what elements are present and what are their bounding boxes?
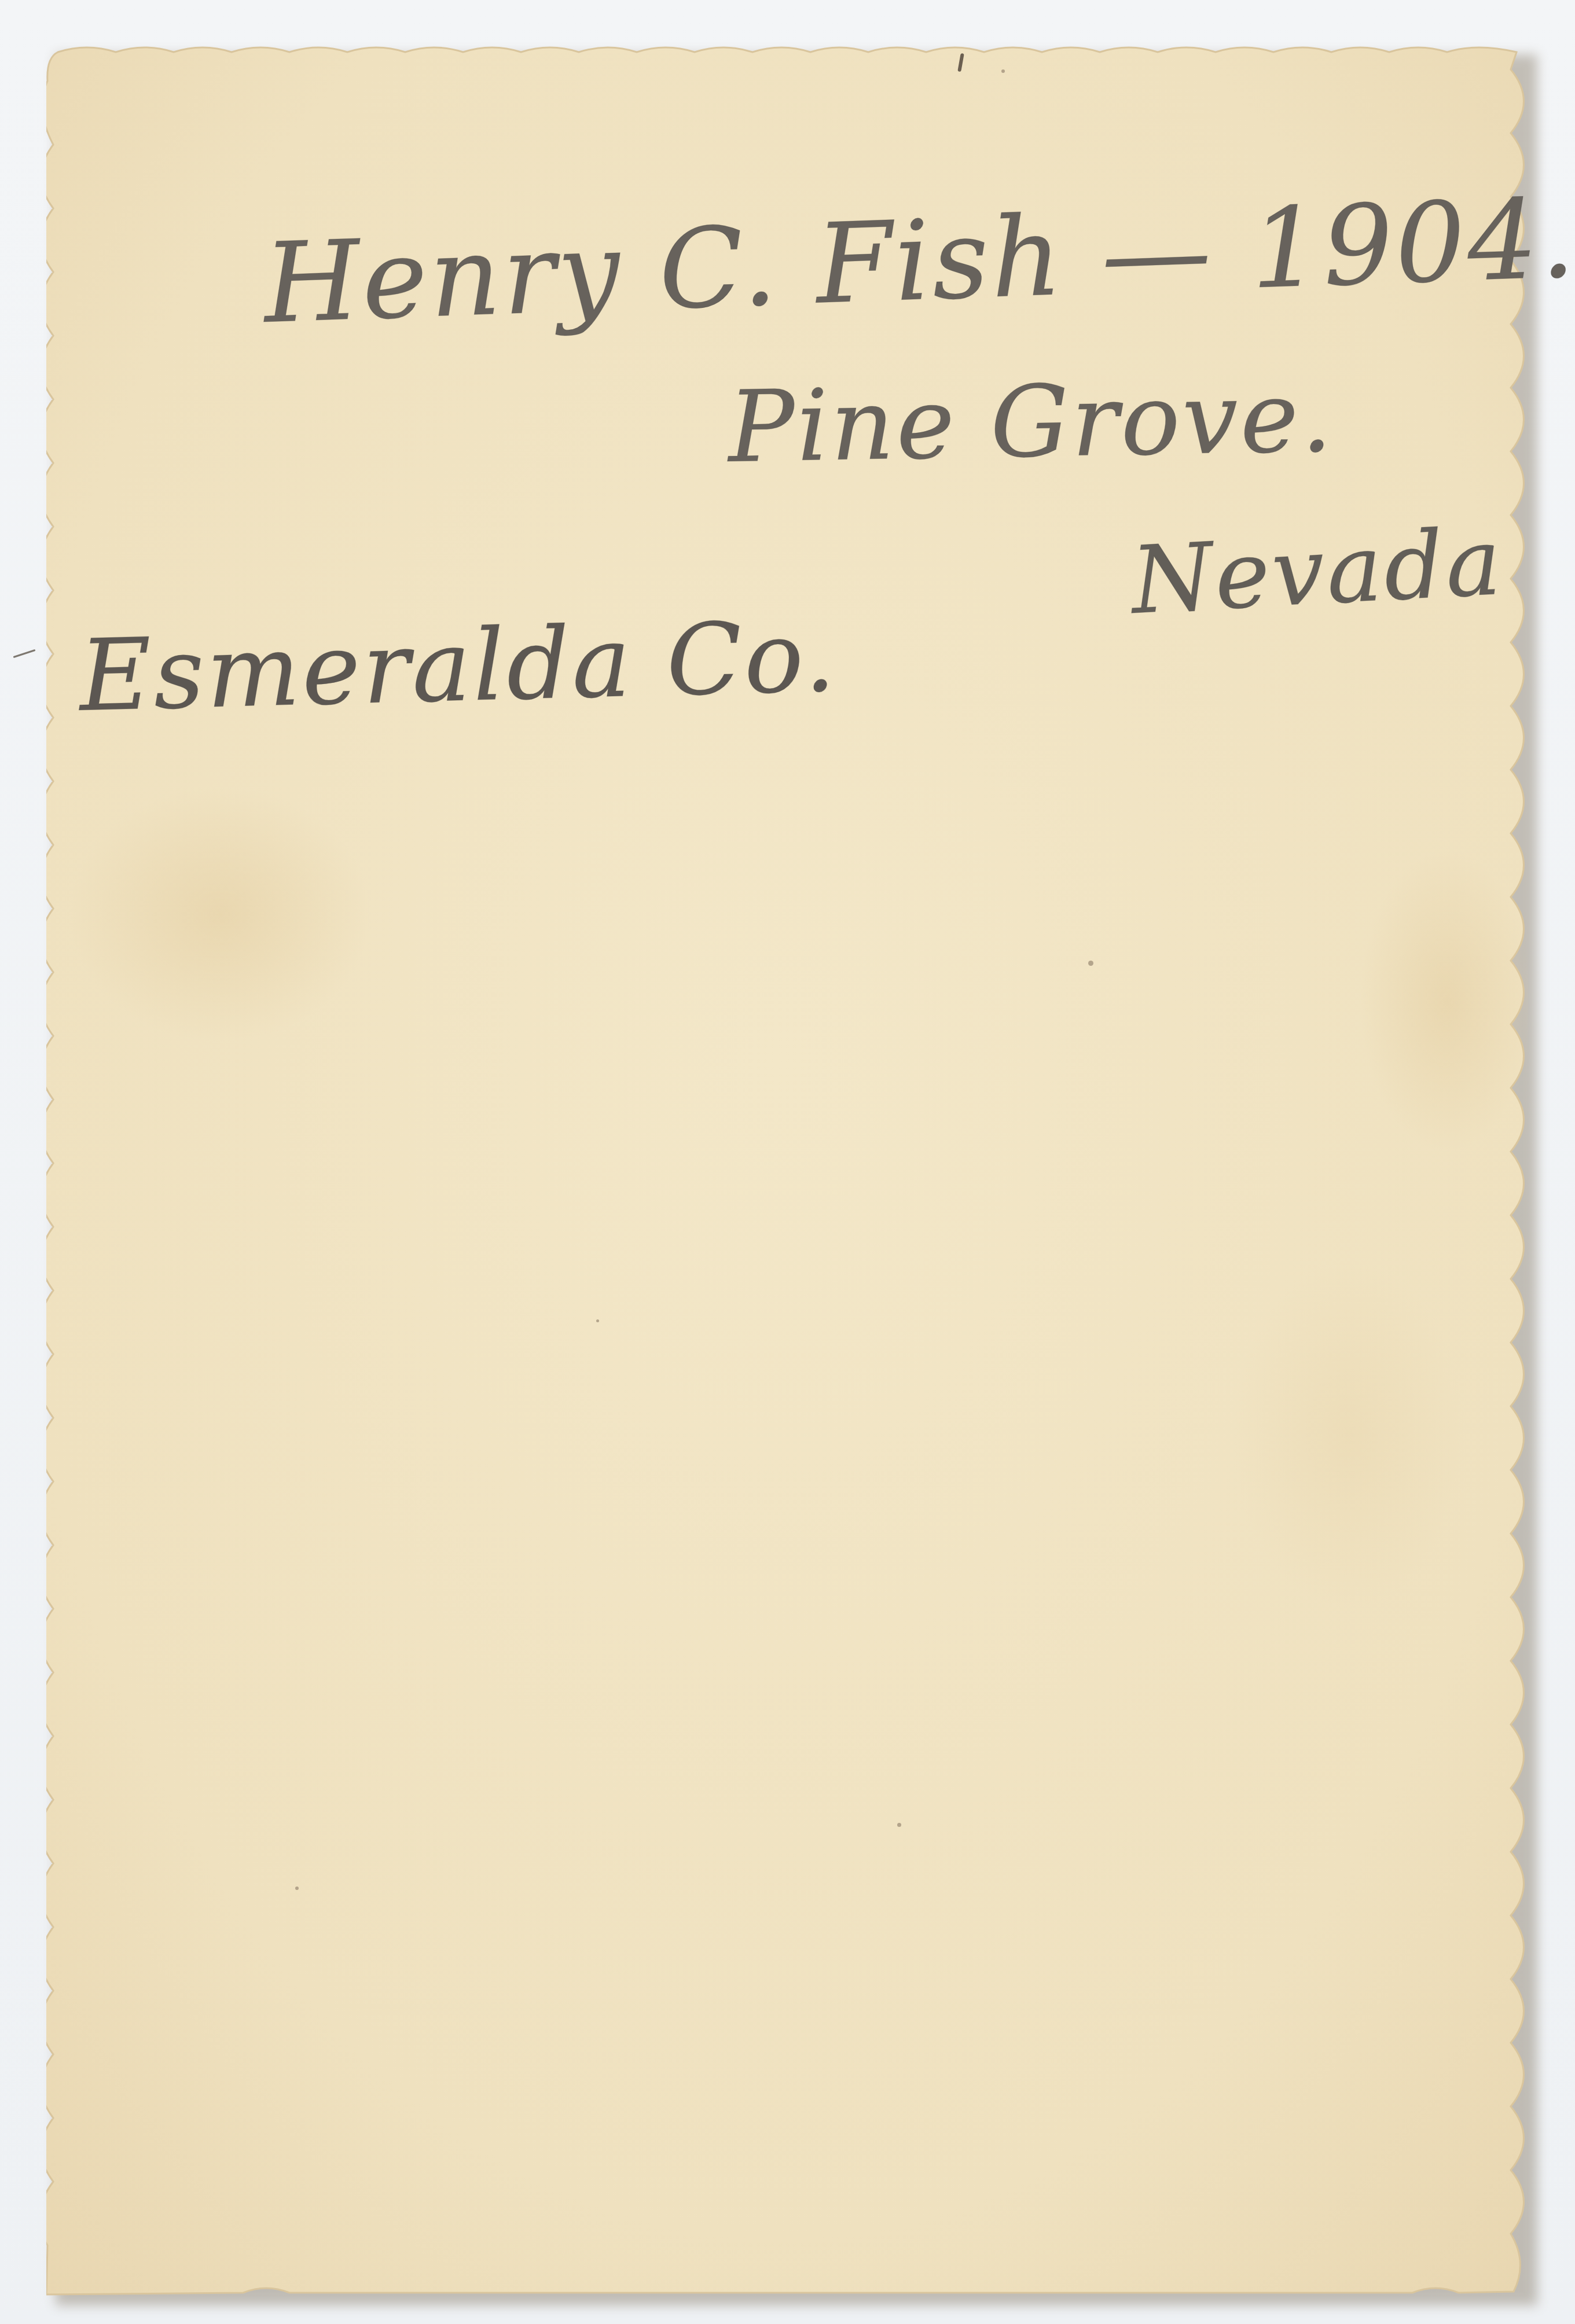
paper-speck	[1088, 961, 1093, 966]
paper-speck	[596, 1319, 599, 1322]
inscription-county: Esmeralda Co.	[78, 600, 839, 734]
inscription-place: Pine Grove.	[728, 360, 1335, 485]
photo-card-back: Henry C. Fish — 1904. Pine Grove. Nevada…	[46, 46, 1528, 2297]
paper-speck	[897, 1823, 901, 1827]
inscription-state: Nevada	[1129, 508, 1506, 635]
paper-speck	[1001, 69, 1005, 73]
paper-speck	[295, 1887, 299, 1890]
